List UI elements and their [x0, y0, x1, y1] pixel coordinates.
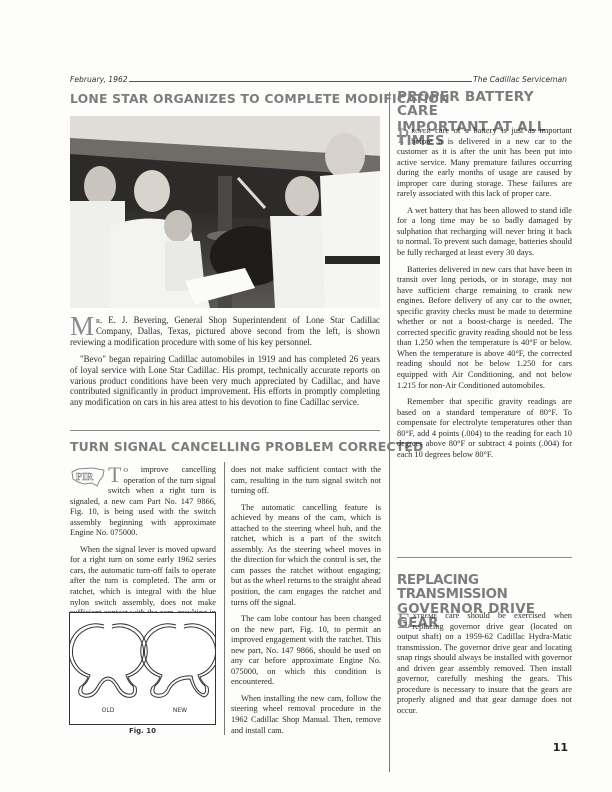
battery-paragraph-2: A wet battery that has been allowed to s… [397, 206, 572, 259]
battery-headline-line-1: PROPER BATTERY CARE [397, 90, 572, 119]
turn-signal-paragraph-4: The cam lobe contour has been changed on… [231, 614, 381, 688]
figure-10: OLD NEW [69, 612, 216, 725]
page-number: 11 [553, 741, 568, 754]
battery-paragraph-3: Batteries delivered in new cars that hav… [397, 265, 572, 392]
photo-illustration [70, 116, 380, 308]
lone-star-body: Mr. E. J. Bevering, General Shop Superin… [70, 315, 380, 414]
turn-signal-column-left: To improve cancelling operation of the t… [70, 465, 216, 635]
label-new: NEW [173, 707, 187, 714]
photo-shop-personnel [70, 116, 380, 308]
transmission-body: Extreme care should be exercised when re… [397, 611, 572, 722]
label-old: OLD [102, 707, 115, 714]
issue-date: February, 1962 [70, 75, 128, 84]
dropcap: M [70, 316, 94, 336]
battery-paragraph-1: Proper care of a battery is just as impo… [397, 126, 572, 200]
turn-signal-column-right: does not make sufficient contact with th… [231, 465, 381, 742]
publication-name: The Cadillac Serviceman [473, 75, 567, 84]
turn-signal-paragraph-5: When installing the new cam, follow the … [231, 694, 381, 736]
dropcap: T [108, 466, 121, 483]
section-rule [70, 430, 380, 431]
figure-caption: Fig. 10 [69, 727, 216, 735]
turn-signal-paragraph-1: To improve cancelling operation of the t… [70, 465, 216, 539]
column-divider-turn-signal [224, 462, 225, 735]
headline-turn-signal: TURN SIGNAL CANCELLING PROBLEM CORRECTED [70, 440, 382, 453]
header-rule [129, 81, 473, 82]
running-header: February, 1962 The Cadillac Serviceman [70, 72, 567, 84]
turn-signal-paragraph-2-cont: does not make sufficient contact with th… [231, 465, 381, 497]
column-divider-right [389, 92, 390, 772]
headline-lone-star: LONE STAR ORGANIZES TO COMPLETE MODIFICA… [70, 92, 382, 105]
turn-signal-paragraph-3: The automatic cancelling feature is achi… [231, 503, 381, 608]
section-rule-right [397, 557, 572, 558]
battery-body: Proper care of a battery is just as impo… [397, 126, 572, 466]
cam-contour-diagram: OLD NEW [70, 613, 215, 724]
transmission-headline-line-1: REPLACING TRANSMISSION [397, 574, 572, 602]
transmission-paragraph-1: Extreme care should be exercised when re… [397, 611, 572, 716]
lone-star-caption: Mr. E. J. Bevering, General Shop Superin… [70, 315, 380, 348]
lone-star-paragraph-2: "Bevo" began repairing Cadillac automobi… [70, 354, 380, 409]
battery-paragraph-4: Remember that specific gravity readings … [397, 397, 572, 460]
dropcap: P [397, 127, 409, 144]
dropcap: E [397, 612, 410, 629]
